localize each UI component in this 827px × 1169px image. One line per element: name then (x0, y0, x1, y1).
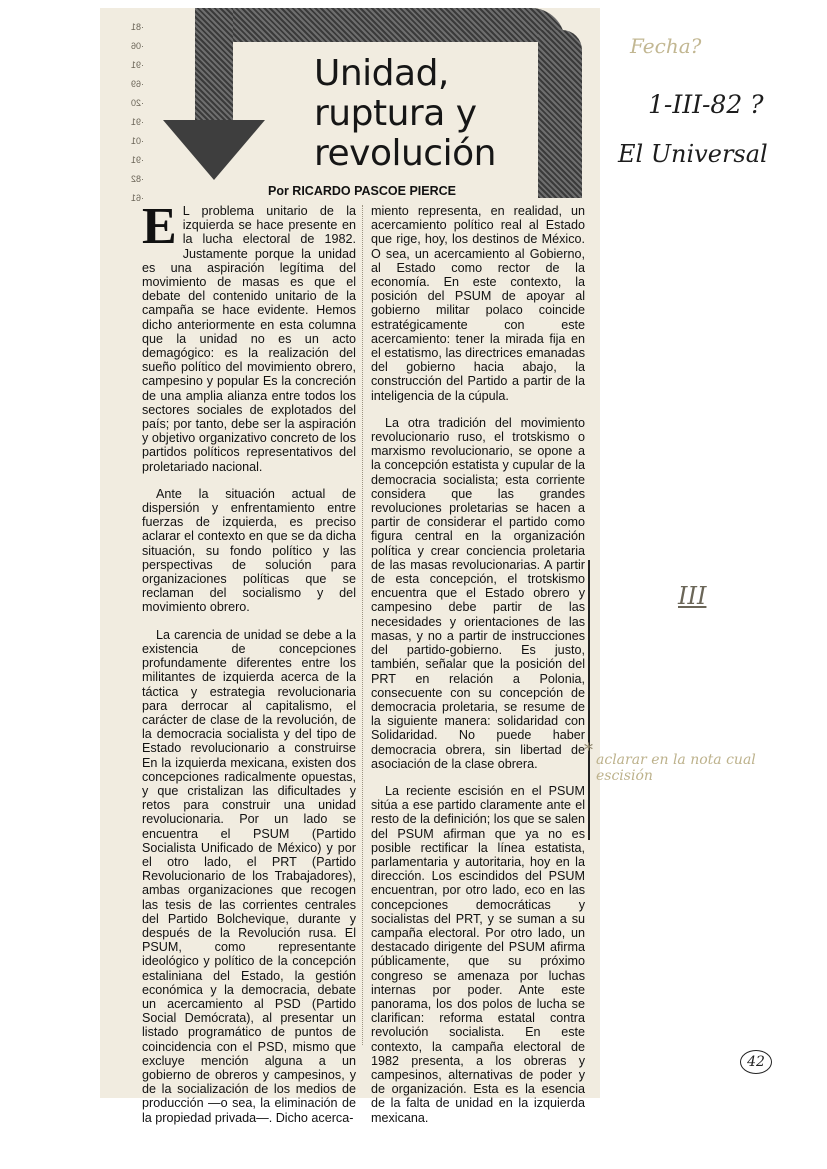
handwritten-fecha: Fecha? (630, 34, 701, 58)
gutter-text: ·69 (104, 75, 144, 94)
handwritten-annotation: aclarar en la nota cual escisión (596, 752, 776, 784)
gutter-text: ·01 (104, 132, 144, 151)
paragraph: La reciente escisión en el PSUM sitúa a … (371, 784, 585, 1125)
gutter-text: ·20 (104, 94, 144, 113)
down-arrow-icon (163, 120, 265, 180)
gutter-text: ·81 (104, 18, 144, 37)
handwritten-newspaper: El Universal (618, 140, 768, 168)
article-column-left: EL problema unitario de la izquierda se … (142, 204, 356, 1138)
paragraph: EL problema unitario de la izquierda se … (142, 204, 356, 474)
paragraph: Ante la situación actual de dispersión y… (142, 487, 356, 615)
asterisk-icon: * (584, 740, 593, 761)
headline-line: ruptura y (314, 93, 477, 134)
margin-rule (588, 560, 590, 840)
page-number: 42 (740, 1050, 772, 1074)
arrow-frame-right (538, 30, 582, 198)
arrow-frame-stem (195, 8, 233, 120)
gutter-text: ·61 (104, 189, 144, 208)
article-column-right: miento representa, en realidad, un acerc… (371, 204, 585, 1138)
paragraph: miento representa, en realidad, un acerc… (371, 204, 585, 403)
headline-line: revolución (314, 133, 496, 174)
gutter-text: ·06 (104, 37, 144, 56)
headline-line: Unidad, (314, 53, 449, 94)
paragraph: La carencia de unidad se debe a la exist… (142, 628, 356, 1125)
gutter-text: ·91 (104, 56, 144, 75)
gutter-text: ·91 (104, 151, 144, 170)
column-divider (362, 205, 364, 1045)
gutter-text: ·91 (104, 113, 144, 132)
adjacent-column-fragment: ·81 ·06 ·91 ·69 ·20 ·91 ·01 ·91 ·82 ·61 (104, 18, 144, 1078)
article-headline: Unidad, ruptura y revolución (314, 54, 544, 174)
drop-cap: E (142, 206, 177, 248)
arrow-frame-top (195, 8, 565, 42)
gutter-text: ·82 (104, 170, 144, 189)
byline: Por RICARDO PASCOE PIERCE (268, 184, 456, 198)
paragraph: La otra tradición del movimiento revoluc… (371, 416, 585, 771)
handwritten-date: 1-III-82 ? (648, 90, 764, 119)
handwritten-roman-numeral: III (678, 582, 706, 610)
